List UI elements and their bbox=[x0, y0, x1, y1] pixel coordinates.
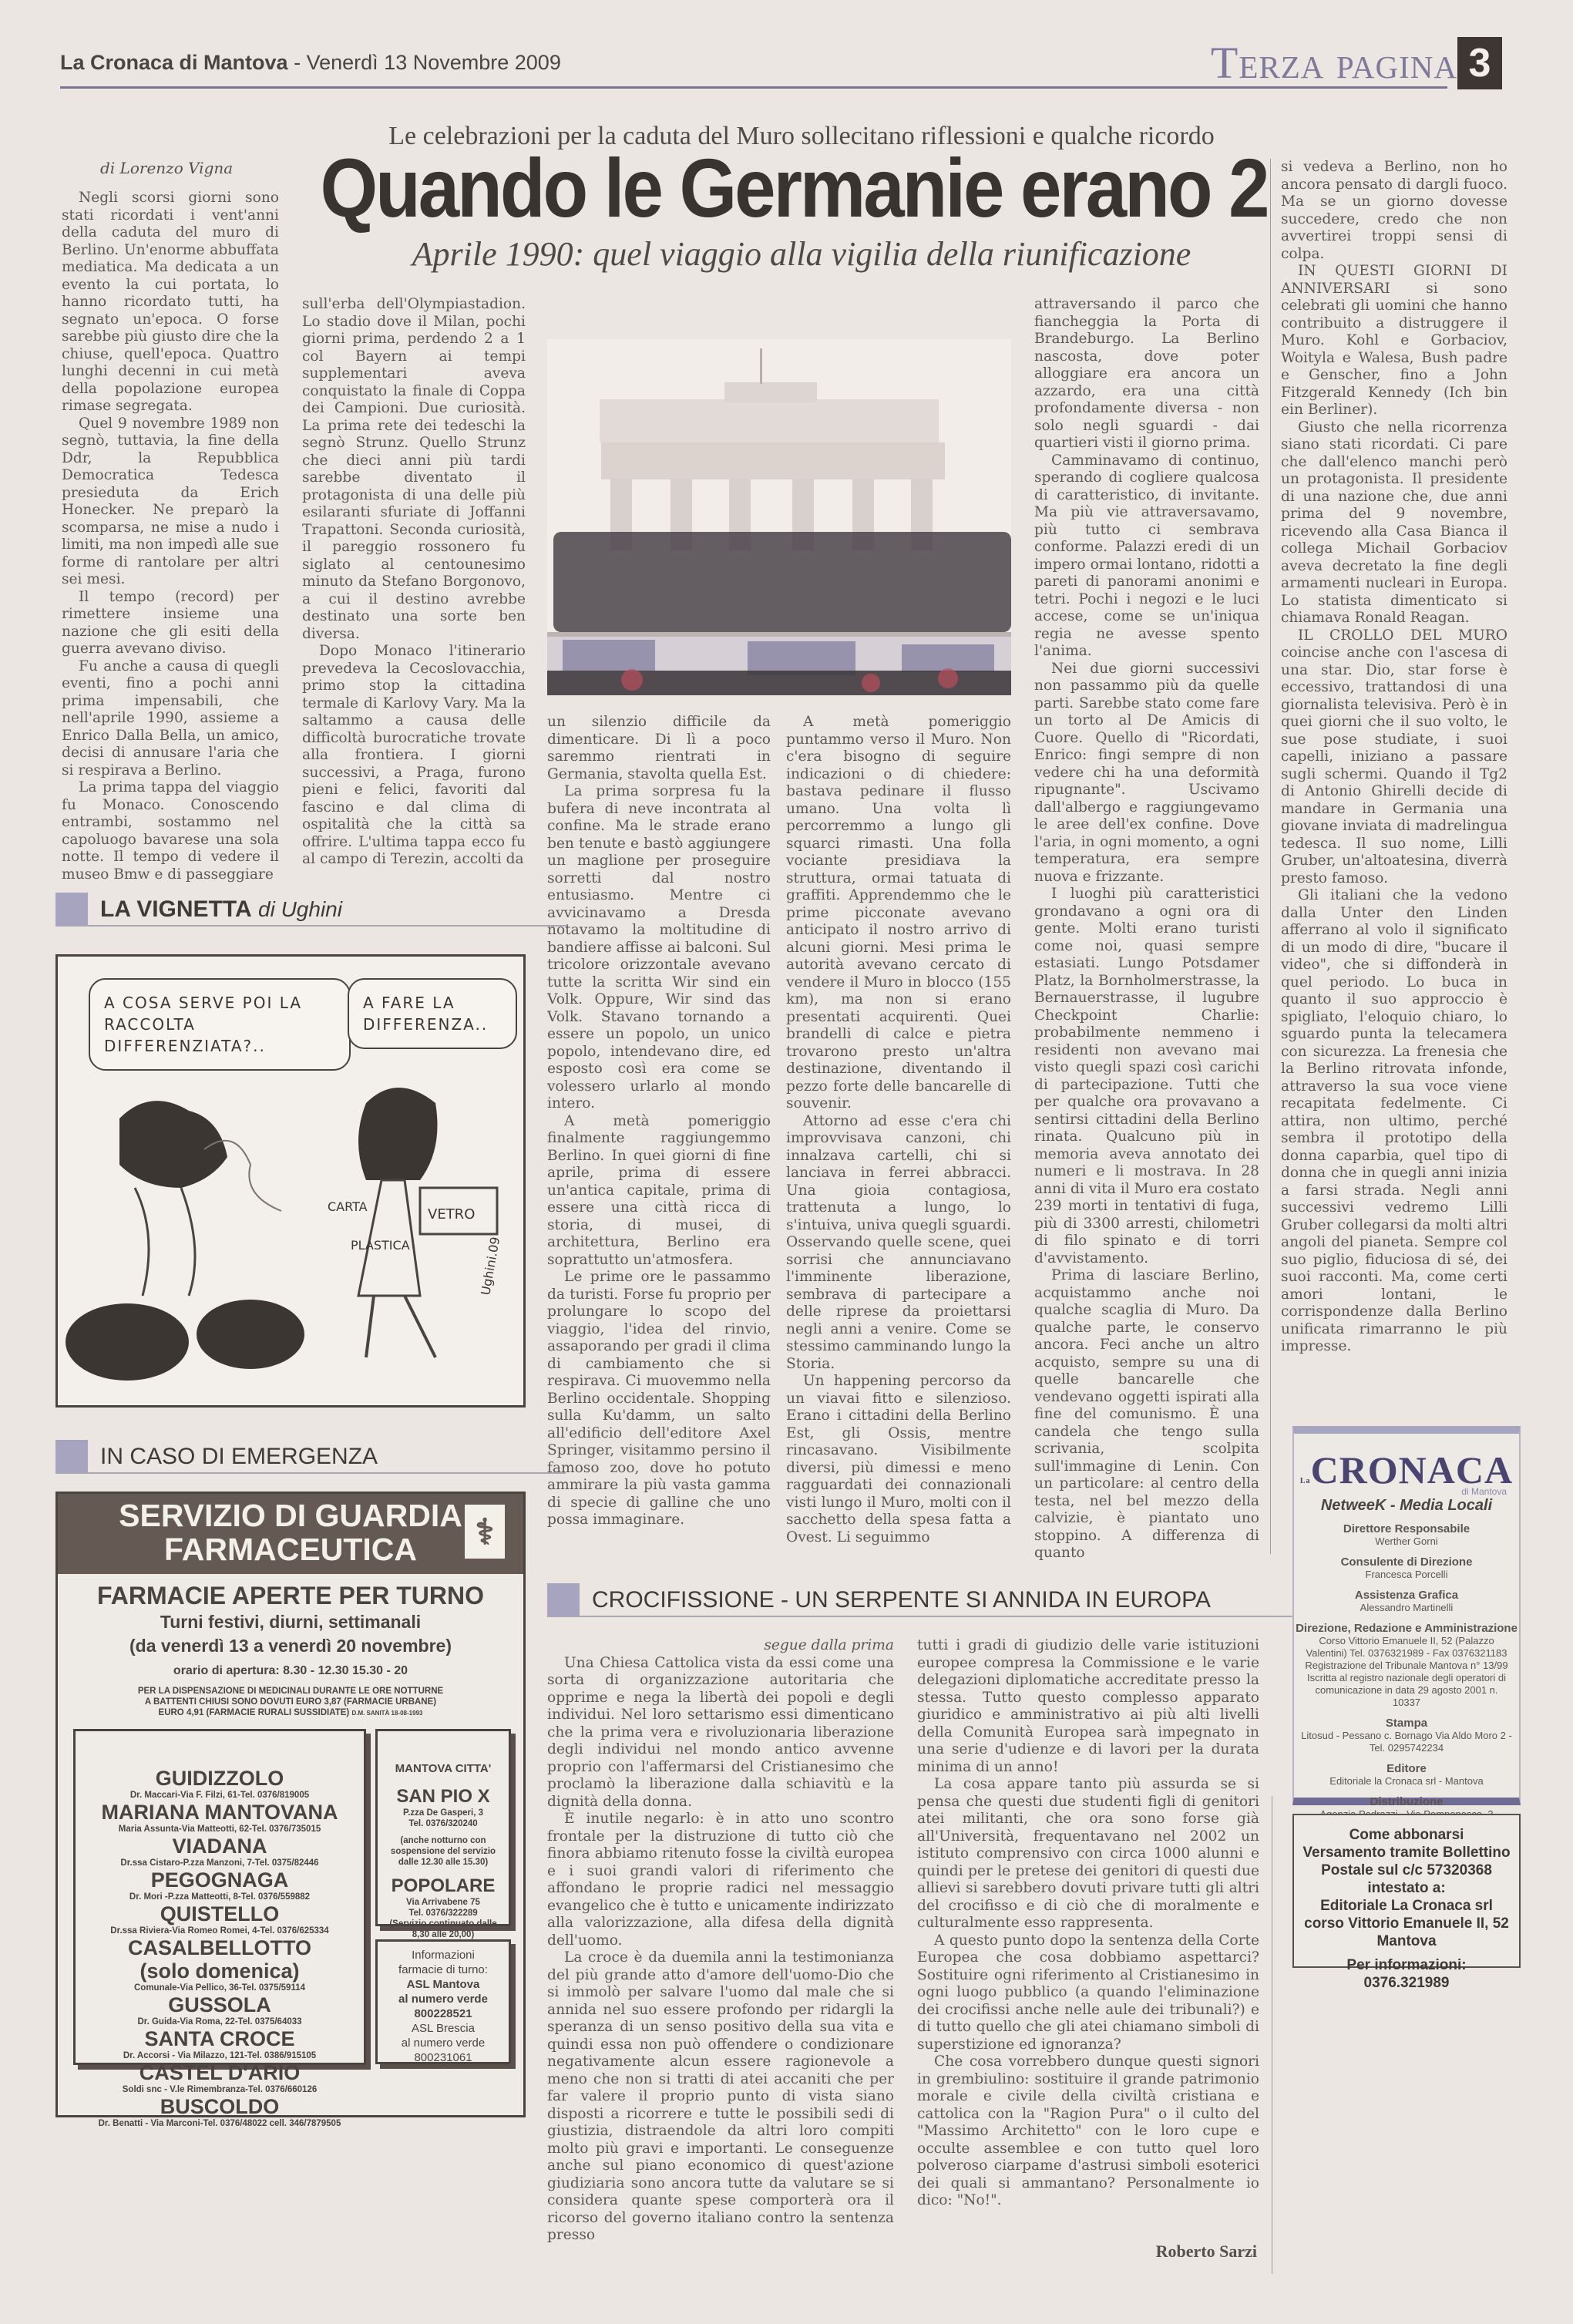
pharmacy-info-box: Informazioni farmacie di turno: ASL Mant… bbox=[375, 1939, 511, 2064]
photo-illustration-icon bbox=[547, 339, 1011, 695]
pharmacy-entry: BUSCOLDODr. Benatti - Via Marconi-Tel. 0… bbox=[76, 2095, 364, 2129]
article-subheadline: Aprile 1990: quel viaggio alla vigilia d… bbox=[324, 234, 1279, 274]
brandenburg-gate-photo bbox=[547, 339, 1011, 695]
pharmacy-entry: GUSSOLADr. Guida-Via Roma, 22-Tel. 0375/… bbox=[76, 1993, 364, 2027]
svg-text:CARTA: CARTA bbox=[328, 1199, 368, 1214]
speech-bubble-right: A FARE LA DIFFERENZA.. bbox=[348, 978, 517, 1049]
crocifissione-section-header: CROCIFISSIONE - UN SERPENTE SI ANNIDA IN… bbox=[547, 1585, 1304, 1617]
cartoon-drawing-icon: VETRO PLASTICA CARTA Ughini.09 bbox=[58, 1072, 523, 1404]
pharmacy-entry: QUISTELLODr.ssa Riviera-Via Romeo Romei,… bbox=[76, 1902, 364, 1936]
pharmacy-entry: SANTA CROCEDr. Accorsi - Via Milazzo, 12… bbox=[76, 2027, 364, 2061]
publication-name: La Cronaca di Mantova bbox=[60, 51, 288, 74]
subscription-box: Come abbonarsi Versamento tramite Bollet… bbox=[1292, 1814, 1521, 1968]
article-column-5: attraversando il parco che fiancheggia l… bbox=[1034, 296, 1259, 1562]
speech-bubble-left: A COSA SERVE POI LA RACCOLTA DIFFERENZIA… bbox=[89, 978, 351, 1071]
section-marker-icon bbox=[547, 1583, 580, 1616]
section-name: Terza pagina bbox=[1211, 37, 1457, 89]
pharmacy-entry: PEGOGNAGADr. Mori -P.zza Matteotti, 8-Te… bbox=[76, 1868, 364, 1902]
masthead-box: LaCRONACA di Mantova NetweeK - Media Loc… bbox=[1292, 1426, 1521, 1805]
section-marker-icon bbox=[55, 1440, 88, 1472]
crocifissione-signature: Roberto Sarzi bbox=[1156, 2242, 1257, 2262]
svg-text:PLASTICA: PLASTICA bbox=[351, 1238, 410, 1253]
mantova-city-pharmacies: MANTOVA CITTA' SAN PIO X P.zza De Gasper… bbox=[375, 1729, 511, 1926]
emergenza-section-header: IN CASO DI EMERGENZA bbox=[55, 1441, 566, 1474]
article-column-3: un silenzio difficile da dimenticare. Di… bbox=[547, 714, 771, 1529]
page-number: 3 bbox=[1457, 37, 1502, 89]
svg-text:Ughini.09: Ughini.09 bbox=[478, 1236, 502, 1297]
page-header-publication: La Cronaca di Mantova - Venerdì 13 Novem… bbox=[60, 51, 561, 75]
crocifissione-column-1: segue dalla prima Una Chiesa Cattolica v… bbox=[547, 1637, 894, 2245]
article-column-6: si vedeva a Berlino, non ho ancora pensa… bbox=[1281, 159, 1507, 1356]
caduceus-icon: ⚕ bbox=[465, 1505, 505, 1559]
article-headline: Quando le Germanie erano 2 bbox=[316, 141, 1272, 236]
pharmacy-schedule-box: SERVIZIO DI GUARDIA FARMACEUTICA ⚕ FARMA… bbox=[55, 1492, 526, 2117]
vignetta-section-header: LA VIGNETTA di Ughini bbox=[55, 894, 566, 927]
subscription-phone: 0376.321989 bbox=[1294, 1974, 1519, 1992]
pharmacy-entry: VIADANADr.ssa Cistaro-P.zza Manzoni, 7-T… bbox=[76, 1835, 364, 1868]
article-column-2: sull'erba dell'Olympiastadion. Lo stadio… bbox=[302, 296, 526, 869]
svg-text:VETRO: VETRO bbox=[428, 1206, 475, 1223]
cartoon-panel: A COSA SERVE POI LA RACCOLTA DIFFERENZIA… bbox=[55, 954, 526, 1408]
header-divider bbox=[60, 86, 1447, 89]
issue-date: Venerdì 13 Novembre 2009 bbox=[307, 51, 561, 74]
column-divider bbox=[1272, 1796, 1272, 2274]
pharmacy-entry: (solo domenica)Comunale-Via Pellico, 36-… bbox=[76, 1959, 364, 1993]
section-marker-icon bbox=[55, 893, 88, 925]
pharmacy-towns-list: GUIDIZZOLODr. Maccari-Via F. Filzi, 61-T… bbox=[73, 1729, 366, 2065]
pharmacy-entry: GUIDIZZOLODr. Maccari-Via F. Filzi, 61-T… bbox=[76, 1767, 364, 1801]
pharmacy-entry: CASALBELLOTTO bbox=[76, 1936, 364, 1959]
crocifissione-column-2: tutti i gradi di giudizio delle varie is… bbox=[917, 1637, 1259, 2210]
column-divider bbox=[1270, 159, 1271, 1554]
article-column-1: Negli scorsi giorni sono stati ricordati… bbox=[62, 190, 279, 883]
article-column-4: A metà pomeriggio puntammo verso il Muro… bbox=[786, 714, 1011, 1546]
article-byline: di Lorenzo Vigna bbox=[100, 159, 233, 177]
pharmacy-entry: CASTEL D'ARIOSoldi snc - V.le Rimembranz… bbox=[76, 2061, 364, 2095]
pharmacy-banner: SERVIZIO DI GUARDIA FARMACEUTICA ⚕ bbox=[58, 1494, 523, 1574]
pharmacy-entry: MARIANA MANTOVANAMaria Assunta-Via Matte… bbox=[76, 1801, 364, 1835]
